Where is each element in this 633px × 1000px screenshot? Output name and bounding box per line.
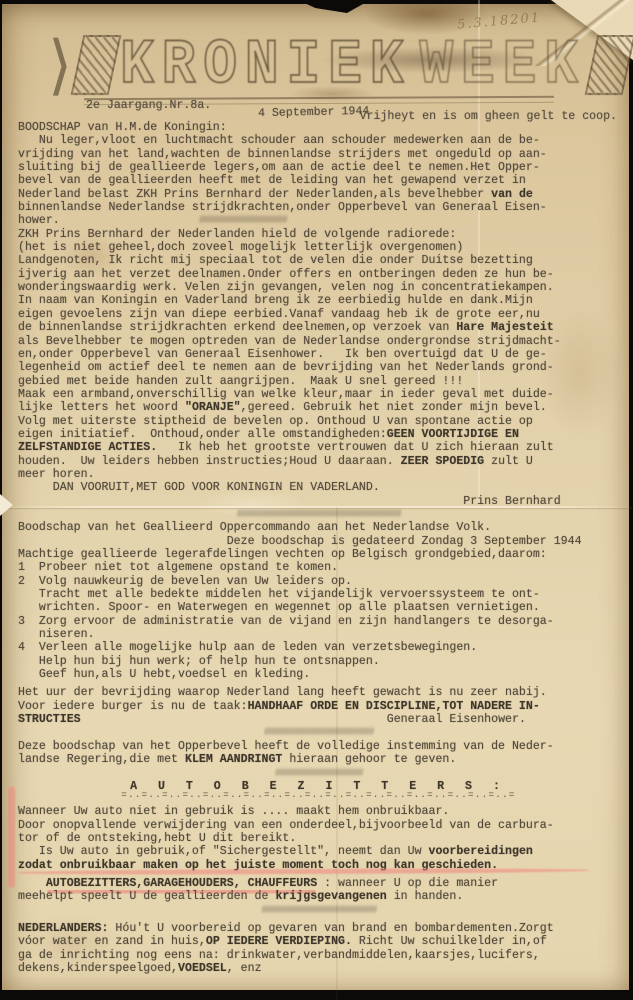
masthead: ⟩ KRONIEK WEEK ⟨ <box>48 30 615 100</box>
doc-line: Deze boodschap is gedateerd Zondag 3 Sep… <box>18 535 619 548</box>
text-segment: Richt Uw schuilkelder in,of <box>352 935 547 948</box>
text-segment: Nederland belast ZKH Prins Bernhard der … <box>18 188 491 201</box>
text-segment: en,onder Opperbevel van Generaal Eisenho… <box>18 348 547 361</box>
doc-line: dekens,kinderspeelgoed,VOEDSEL, enz <box>18 962 619 975</box>
doc-line: AUTOBEZITTERS,GARAGEHOUDERS, CHAUFFEURS … <box>18 877 619 890</box>
doc-line: ga de inrichting nog eens na: drinkwater… <box>18 949 619 962</box>
doc-line: 4 Verleen alle mogelijke hulp aan de led… <box>18 641 619 654</box>
doc-line: Help hun bij hun werk; of help hun te on… <box>18 655 619 668</box>
issue-volume: 2e Jaargang.Nr.8a. <box>86 99 211 112</box>
text-segment: Help hun bij hun werk; of help hun te on… <box>18 655 380 668</box>
text-segment <box>18 877 46 890</box>
text-segment: ijverig aan het verzet deelnamen.Onder o… <box>18 268 554 281</box>
text-segment: ################ <box>275 767 362 780</box>
text-segment: van de <box>491 188 533 201</box>
text-segment: eigen initiatief. Onthoud,onder alle oms… <box>18 428 387 441</box>
doc-line: landse Regering,die met KLEM AANDRINGT h… <box>18 753 619 766</box>
doc-line: Het uur der bevrijding waarop Nederland … <box>18 686 619 699</box>
doc-line: eigen initiatief. Onthoud,onder alle oms… <box>18 428 619 441</box>
text-segment: bevel van de geallieerden heeft met de l… <box>18 174 526 187</box>
text-segment: in handen. <box>387 890 464 903</box>
text-segment: VOEDSEL <box>178 962 227 975</box>
doc-line: wrichten. Spoor- en Waterwegen en wegenn… <box>18 601 619 614</box>
text-segment: niseren. <box>18 628 95 641</box>
doc-line: tor of de ontsteking,hebt U dit bereikt. <box>18 832 619 845</box>
text-segment: STRUCTIES <box>18 713 81 726</box>
text-segment: : wanneer U op die manier <box>317 877 498 890</box>
doc-line: ijverig aan het verzet deelnamen.Onder o… <box>18 268 619 281</box>
text-segment: sluiting bij de geallieerde legers,om aa… <box>18 161 540 174</box>
text-segment: hieraan gehoor te geven. <box>282 753 456 766</box>
doc-line: ############################## <box>18 508 619 521</box>
doc-line: Boodschap van het Geallieerd Oppercomman… <box>18 521 619 534</box>
doc-line: eigen gevoelens zijn van diepe eerbied.V… <box>18 308 619 321</box>
doc-line: Nederland belast ZKH Prins Bernhard der … <box>18 188 619 201</box>
doc-line: STRUCTIES Generaal Eisenhower. <box>18 713 619 726</box>
doc-line: (het is niet geheel,doch zoveel mogelijk… <box>18 241 619 254</box>
doc-line: Maak een armband,onverschillig van welke… <box>18 388 619 401</box>
doc-line: ##################### <box>18 904 619 917</box>
text-segment: Hóu't U voorbereid op gevaren van brand … <box>108 922 553 935</box>
doc-line: NEDERLANDERS: Hóu't U voorbereid op geva… <box>18 922 619 935</box>
text-segment: voorbereidingen <box>429 845 533 858</box>
text-segment: binnenlandse Nederlandse strijdkrachten,… <box>18 201 547 214</box>
text-segment: Ik heb het grootste vertrouwen dat U zic… <box>157 441 554 454</box>
doc-line: Volg met uiterste stiptheid de bevelen o… <box>18 415 619 428</box>
doc-line: ZELFSTANDIGE ACTIES. Ik heb het grootste… <box>18 441 619 454</box>
doc-line: en,onder Opperbevel van Generaal Eisenho… <box>18 348 619 361</box>
text-segment: vóor water en zand in huis, <box>18 935 206 948</box>
text-segment: Landgenoten, Ik richt mij speciaal tot d… <box>18 254 533 267</box>
text-segment: 4 Verleen alle mogelijke hulp aan de led… <box>18 641 477 654</box>
text-segment: NEDERLANDERS: <box>18 922 108 935</box>
text-segment: Volg met uiterste stiptheid de bevelen o… <box>18 415 533 428</box>
scanned-document: 5.3.18201 ⟩ KRONIEK WEEK ⟨ 2e Jaargang.N… <box>0 0 633 1000</box>
doc-line: ZKH Prins Bernhard der Nederlanden hield… <box>18 228 619 241</box>
doc-line: Tracht met alle bedekte middelen het vij… <box>18 588 619 601</box>
doc-line: Is Uw auto in gebruik,of "Sichergestellt… <box>18 845 619 858</box>
doc-line: legenheid om actief deel te nemen aan de… <box>18 361 619 374</box>
masthead-title-left: KRONIEK <box>120 31 411 98</box>
text-segment: gebied met beide handen zult aangrijpen.… <box>18 375 463 388</box>
doc-line: In naam van Koningin en Vaderland breng … <box>18 294 619 307</box>
doc-line: Wanneer Uw auto niet in gebruik is .... … <box>18 805 619 818</box>
text-segment: Nu leger,vloot en luchtmacht schouder aa… <box>18 134 540 147</box>
text-segment: legenheid om actief deel te nemen aan de… <box>18 361 554 374</box>
text-segment: 3 Zorg ervoor de administratie van de vi… <box>18 615 554 628</box>
text-segment: , enz <box>227 962 262 975</box>
text-segment: Machtige geallieerde legerafdelingen vec… <box>18 548 547 561</box>
doc-line: de binnenlandse strijdkrachten erkend de… <box>18 321 619 334</box>
text-segment: houden. Uw leiders hebben instructies;Ho… <box>18 455 401 468</box>
text-segment: ZKH Prins Bernhard der Nederlanden hield… <box>18 228 456 241</box>
doc-line: vrijding van het land,wachten de binnenl… <box>18 148 619 161</box>
masthead-title-right: WEEK <box>419 31 585 98</box>
doc-line: ################ <box>18 767 619 780</box>
text-segment: Voor iedere burger is nu de taak: <box>18 700 248 713</box>
issue-date: 4 September 1944 <box>258 105 370 120</box>
text-segment: ################ <box>199 214 286 227</box>
doc-line: sluiting bij de geallieerde legers,om aa… <box>18 161 619 174</box>
text-segment: OP IEDERE VERDIEPING. <box>206 935 352 948</box>
text-segment: Door onopvallende verwijdering van een o… <box>18 819 554 832</box>
doc-line: 3 Zorg ervoor de administratie van de vi… <box>18 615 619 628</box>
text-segment: landse Regering,die met <box>18 753 185 766</box>
text-segment: als Bevelhebber te mogen optreden van de… <box>18 335 561 348</box>
doc-line: houden. Uw leiders hebben instructies;Ho… <box>18 455 619 468</box>
doc-line: Nu leger,vloot en luchtmacht schouder aa… <box>18 134 619 147</box>
text-segment: wonderingswaardig werk. Velen zijn gevan… <box>18 281 554 294</box>
text-segment: ZEER SPOEDIG <box>401 455 485 468</box>
text-segment: Geef hun,als U hebt,voedsel en kleding. <box>18 668 310 681</box>
text-segment: ga de inrichting nog eens na: drinkwater… <box>18 949 540 962</box>
doc-line: als Bevelhebber te mogen optreden van de… <box>18 335 619 348</box>
text-segment: 2 Volg nauwkeurig de bevelen van Uw leid… <box>18 575 352 588</box>
text-segment: GEEN VOORTIJDIGE EN <box>387 428 519 441</box>
text-segment: Hare Majesteit <box>456 321 553 334</box>
text-segment: de binnenlandse strijdkrachten erkend de… <box>18 321 456 334</box>
doc-line: hower. ################ <box>18 214 619 227</box>
text-segment: Is Uw auto in gebruik,of "Sichergestellt… <box>18 845 429 858</box>
left-edge-tear <box>0 494 13 516</box>
text-segment: krijgsgevangenen <box>275 890 386 903</box>
text-segment: tor of de ontsteking,hebt U dit bereikt. <box>18 832 296 845</box>
doc-line: BOODSCHAP van H.M.de Koningin: <box>18 121 619 134</box>
doc-line: Landgenoten, Ik richt mij speciaal tot d… <box>18 254 619 267</box>
text-segment: HANDHAAF ORDE EN DISCIPLINE,TOT NADERE I… <box>248 700 540 713</box>
doc-line: binnenlandse Nederlandse strijdkrachten,… <box>18 201 619 214</box>
text-segment: meer horen. <box>18 468 95 481</box>
text-segment: Prins Bernhard <box>18 495 561 508</box>
doc-line: bevel van de geallieerden heeft met de l… <box>18 174 619 187</box>
text-segment: dekens,kinderspeelgoed, <box>18 962 178 975</box>
text-segment: zult U <box>484 455 533 468</box>
doc-line: niseren. <box>18 628 619 641</box>
document-body: BOODSCHAP van H.M.de Koningin: Nu leger,… <box>18 121 619 975</box>
doc-line: zodat onbruikbaar maken op het juiste mo… <box>18 859 619 872</box>
text-segment: =..=..=..=..=..=..=..=..=..=..=..=..=..=… <box>121 790 515 800</box>
text-segment: #################### <box>264 726 373 739</box>
doc-line: wonderingswaardig werk. Velen zijn gevan… <box>18 281 619 294</box>
doc-line: vóor water en zand in huis,OP IEDERE VER… <box>18 935 619 948</box>
text-segment: DAN VOORUIT,MET GOD VOOR KONINGIN EN VAD… <box>18 481 380 494</box>
masthead-left-angle-ornament: ⟩ <box>48 34 72 97</box>
text-segment: vrijding van het land,wachten de binnenl… <box>18 148 547 161</box>
text-segment: 1 Probeer niet tot algemene opstand te k… <box>18 561 338 574</box>
text-segment: Maak een armband,onverschillig van welke… <box>18 388 554 401</box>
text-segment: eigen gevoelens zijn van diepe eerbied.V… <box>18 308 540 321</box>
text-segment: In naam van Koningin en Vaderland breng … <box>18 294 533 307</box>
text-segment: wrichten. Spoor- en Waterwegen en wegenn… <box>18 601 540 614</box>
doc-line: Prins Bernhard <box>18 495 619 508</box>
doc-line: meehelpt speelt U de geallieerden de kri… <box>18 890 619 903</box>
doc-line: meer horen. <box>18 468 619 481</box>
doc-line: Door onopvallende verwijdering van een o… <box>18 819 619 832</box>
doc-line: DAN VOORUIT,MET GOD VOOR KONINGIN EN VAD… <box>18 481 619 494</box>
red-pen-margin-mark <box>8 786 15 888</box>
text-segment: Boodschap van het Geallieerd Oppercomman… <box>18 521 491 534</box>
doc-line: lijke letters het woord "ORANJE",gereed.… <box>18 401 619 414</box>
text-segment: zodat onbruikbaar maken op het juiste mo… <box>18 859 498 872</box>
doc-line: Geef hun,als U hebt,voedsel en kleding. <box>18 668 619 681</box>
text-segment: lijke letters het woord <box>18 401 185 414</box>
text-segment: ##################### <box>261 904 376 917</box>
text-segment: Het uur der bevrijding waarop Nederland … <box>18 686 547 699</box>
text-segment: ############################## <box>237 508 401 521</box>
doc-line: gebied met beide handen zult aangrijpen.… <box>18 375 619 388</box>
text-segment: AUTOBEZITTERS,GARAGEHOUDERS, CHAUFFEURS <box>46 877 317 890</box>
doc-line: Voor iedere burger is nu de taak:HANDHAA… <box>18 700 619 713</box>
doc-line: 1 Probeer niet tot algemene opstand te k… <box>18 561 619 574</box>
text-segment: Tracht met alle bedekte middelen het vij… <box>18 588 540 601</box>
text-segment: Generaal Eisenhower. <box>81 713 526 726</box>
doc-line: Machtige geallieerde legerafdelingen vec… <box>18 548 619 561</box>
text-segment: Wanneer Uw auto niet in gebruik is .... … <box>18 805 449 818</box>
text-segment: meehelpt speelt U de geallieerden de <box>18 890 275 903</box>
doc-line: 2 Volg nauwkeurig de bevelen van Uw leid… <box>18 575 619 588</box>
text-segment: ,gereed. Gebruik het niet zonder mijn be… <box>241 401 547 414</box>
text-segment <box>60 214 199 227</box>
masthead-left-hatch-block <box>71 35 122 95</box>
text-segment: "ORANJE" <box>185 401 241 414</box>
doc-line: =..=..=..=..=..=..=..=..=..=..=..=..=..=… <box>18 792 619 800</box>
doc-line: #################### <box>18 726 619 739</box>
text-segment: ZELFSTANDIGE ACTIES. <box>18 441 157 454</box>
text-segment: (het is niet geheel,doch zoveel mogelijk… <box>18 241 463 254</box>
text-segment: Deze boodschap van het Opperbevel heeft … <box>18 740 554 753</box>
text-segment: Deze boodschap is gedateerd Zondag 3 Sep… <box>18 535 582 548</box>
text-segment: hower. <box>18 214 60 227</box>
text-segment: BOODSCHAP van H.M.de Koningin: <box>18 121 227 134</box>
text-segment: KLEM AANDRINGT <box>185 753 282 766</box>
doc-line: Deze boodschap van het Opperbevel heeft … <box>18 740 619 753</box>
